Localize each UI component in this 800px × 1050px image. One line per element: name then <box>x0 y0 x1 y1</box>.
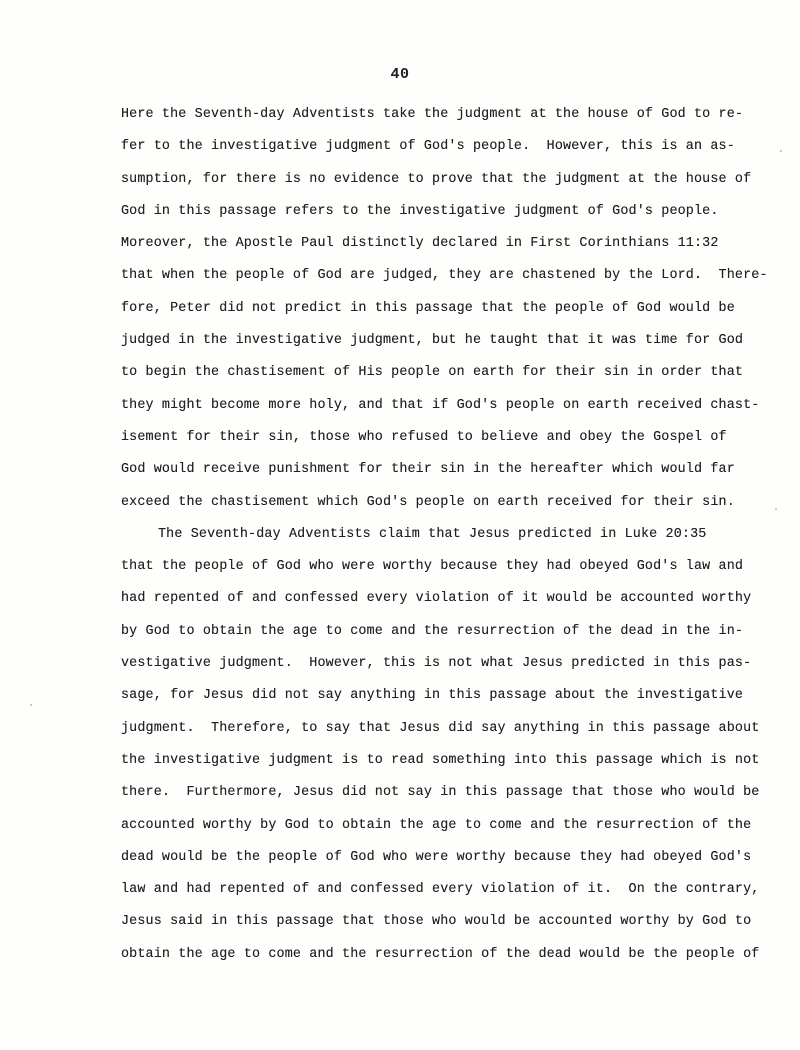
text-line: Here the Seventh-day Adventists take the… <box>121 105 741 137</box>
scan-speck <box>780 150 782 152</box>
text-line: The Seventh-day Adventists claim that Je… <box>121 525 741 557</box>
text-line: vestigative judgment. However, this is n… <box>121 654 741 686</box>
text-line: Jesus said in this passage that those wh… <box>121 912 741 944</box>
body-text: Here the Seventh-day Adventists take the… <box>121 105 741 977</box>
text-line: obtain the age to come and the resurrect… <box>121 945 741 977</box>
scan-speck <box>775 508 777 510</box>
text-line: accounted worthy by God to obtain the ag… <box>121 816 741 848</box>
page-number: 40 <box>0 66 800 83</box>
text-line: that the people of God who were worthy b… <box>121 557 741 589</box>
text-line: sage, for Jesus did not say anything in … <box>121 686 741 718</box>
text-line: isement for their sin, those who refused… <box>121 428 741 460</box>
text-line: that when the people of God are judged, … <box>121 266 741 298</box>
text-line: had repented of and confessed every viol… <box>121 589 741 621</box>
document-page: 40 Here the Seventh-day Adventists take … <box>0 0 800 1050</box>
text-line: judged in the investigative judgment, bu… <box>121 331 741 363</box>
text-line: fer to the investigative judgment of God… <box>121 137 741 169</box>
text-line: they might become more holy, and that if… <box>121 396 741 428</box>
text-line: fore, Peter did not predict in this pass… <box>121 299 741 331</box>
text-line: Moreover, the Apostle Paul distinctly de… <box>121 234 741 266</box>
text-line: God in this passage refers to the invest… <box>121 202 741 234</box>
text-line: sumption, for there is no evidence to pr… <box>121 170 741 202</box>
text-line: to begin the chastisement of His people … <box>121 363 741 395</box>
scan-speck <box>30 704 32 706</box>
text-line: law and had repented of and confessed ev… <box>121 880 741 912</box>
text-line: judgment. Therefore, to say that Jesus d… <box>121 719 741 751</box>
text-line: the investigative judgment is to read so… <box>121 751 741 783</box>
text-line: by God to obtain the age to come and the… <box>121 622 741 654</box>
text-line: exceed the chastisement which God's peop… <box>121 493 741 525</box>
text-line: there. Furthermore, Jesus did not say in… <box>121 783 741 815</box>
text-line: God would receive punishment for their s… <box>121 460 741 492</box>
text-line: dead would be the people of God who were… <box>121 848 741 880</box>
